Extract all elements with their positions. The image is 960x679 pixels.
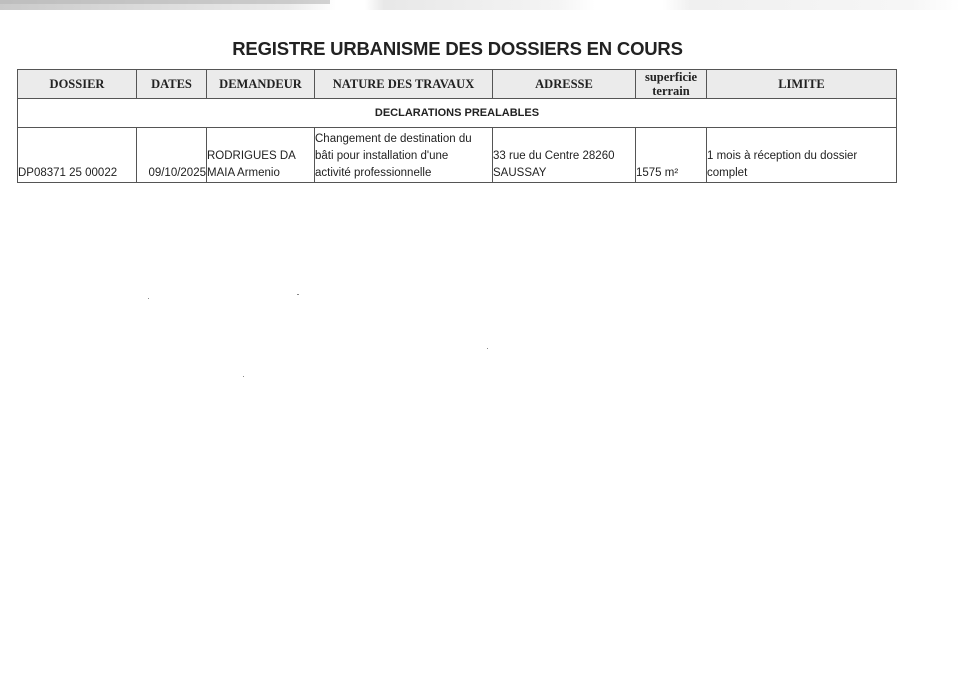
section-row: DECLARATIONS PREALABLES (18, 99, 897, 128)
header-dates: DATES (137, 70, 207, 99)
header-adresse: ADRESSE (493, 70, 636, 99)
scan-speck (487, 348, 488, 349)
limite-line1: 1 mois à réception du dossier (707, 148, 896, 165)
cell-limite: 1 mois à réception du dossier complet (707, 128, 897, 183)
header-superficie-terrain: superficie terrain (636, 70, 707, 99)
header-superficie-line1: superficie (636, 70, 706, 84)
page-title: REGISTRE URBANISME DES DOSSIERS EN COURS (0, 38, 915, 60)
cell-superficie: 1575 m² (636, 128, 707, 183)
scan-speck (297, 294, 299, 295)
cell-demandeur: RODRIGUES DA MAIA Armenio (207, 128, 315, 183)
table-header-row: DOSSIER DATES DEMANDEUR NATURE DES TRAVA… (18, 70, 897, 99)
table-row: DP08371 25 00022 09/10/2025 RODRIGUES DA… (18, 128, 897, 183)
scan-speck (243, 376, 244, 377)
adresse-line1: 33 rue du Centre 28260 (493, 148, 635, 165)
header-superficie-line2: terrain (636, 84, 706, 98)
demandeur-line2: MAIA Armenio (207, 165, 314, 182)
cell-dates: 09/10/2025 (137, 128, 207, 183)
cell-nature-des-travaux: Changement de destination du bâti pour i… (315, 128, 493, 183)
nature-line2: bâti pour installation d'une (315, 148, 492, 165)
header-nature-des-travaux: NATURE DES TRAVAUX (315, 70, 493, 99)
limite-line2: complet (707, 165, 896, 182)
section-title: DECLARATIONS PREALABLES (18, 99, 897, 128)
adresse-line2: SAUSSAY (493, 165, 635, 182)
scan-edge-shadow (0, 0, 330, 4)
cell-dossier: DP08371 25 00022 (18, 128, 137, 183)
header-dossier: DOSSIER (18, 70, 137, 99)
nature-line3: activité professionnelle (315, 165, 492, 182)
demandeur-line1: RODRIGUES DA (207, 148, 314, 165)
cell-adresse: 33 rue du Centre 28260 SAUSSAY (493, 128, 636, 183)
header-demandeur: DEMANDEUR (207, 70, 315, 99)
register-table: DOSSIER DATES DEMANDEUR NATURE DES TRAVA… (17, 69, 897, 183)
scan-speck (148, 298, 149, 299)
header-limite: LIMITE (707, 70, 897, 99)
nature-line1: Changement de destination du (315, 131, 492, 148)
